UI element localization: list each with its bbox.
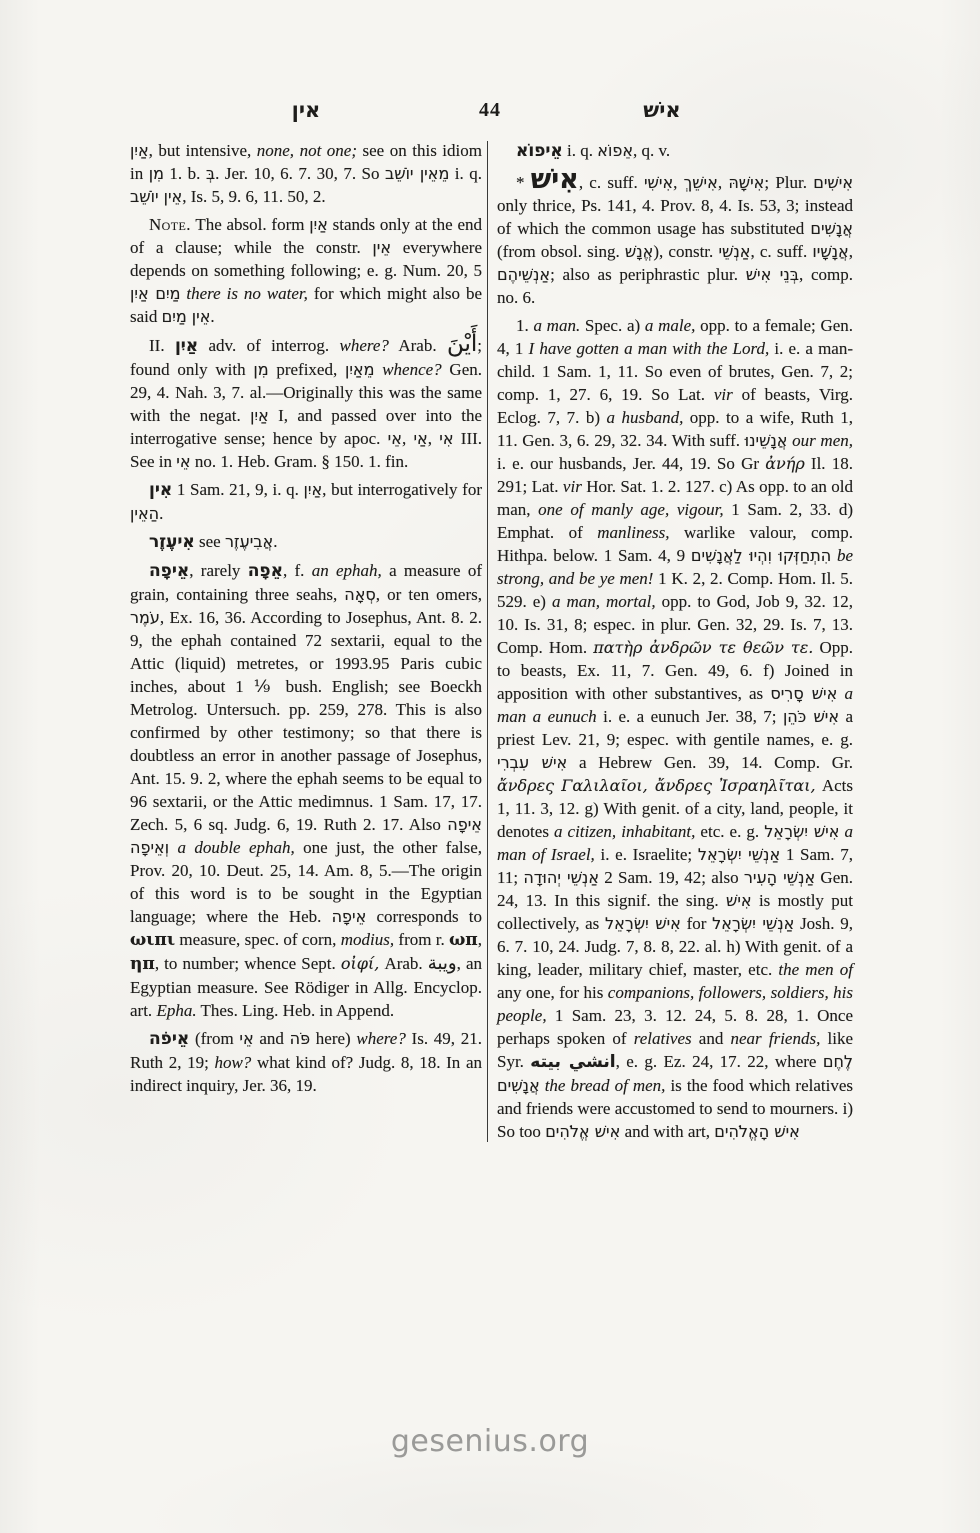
dictionary-paragraph: 1. a man. Spec. a) a male, opp. to a fem… xyxy=(497,314,853,1143)
dictionary-paragraph: * אִישׁ, c. suff. אִישִׁי, אִישֵׁךְ, אִי… xyxy=(497,168,853,309)
plain-text: 1. b. xyxy=(164,164,206,183)
hebrew-text: אִישׁ יִשְׂרָאֵל xyxy=(605,914,681,933)
text-columns: אַיִן, but intensive, none, not one; see… xyxy=(130,139,856,1148)
hebrew-text: סְאָה xyxy=(344,585,376,604)
italic-text: a double ephah, xyxy=(177,838,294,857)
hebrew-headword: אֵיפָה xyxy=(149,561,189,581)
hebrew-headword: אִיעֶזֶר xyxy=(149,532,195,552)
hebrew-text: מַיִם אַיִן xyxy=(130,284,180,303)
hebrew-headword: אֵיפֹה xyxy=(149,1029,189,1049)
hebrew-text: אִי xyxy=(439,429,453,448)
hebrew-text: אַנְשֵׁי יִשְׂרָאֵל xyxy=(698,845,780,864)
plain-text: 1. xyxy=(516,316,533,335)
plain-text: i. e. our husbands, Jer. 44, 19. So Gr xyxy=(497,454,765,473)
italic-text: a man, mortal, xyxy=(552,592,656,611)
hebrew-headword: אֵיפוֹא xyxy=(516,141,563,161)
plain-text: and xyxy=(692,1029,731,1048)
arabic-text: أَيْنَ xyxy=(447,331,477,357)
plain-text: , e. g. Ez. 24, 17. 22, where xyxy=(616,1052,823,1071)
hebrew-text: מִן xyxy=(149,164,164,183)
plain-text: a Hebrew Gen. 39, 14. Comp. Gr. xyxy=(567,753,853,772)
plain-text: (from xyxy=(189,1029,239,1048)
dictionary-paragraph: Note. The absol. form אַיִן stands only … xyxy=(130,213,482,328)
plain-text: . xyxy=(273,532,277,551)
dictionary-paragraph: אֵיפוֹא i. q. אֵפוֹא, q. v. xyxy=(497,139,853,163)
italic-text: the men of xyxy=(778,960,853,979)
hebrew-text: מֵאֵין יוֹשֵׁב xyxy=(385,164,449,183)
hebrew-text: בְּנֵי אִישׁ xyxy=(746,265,799,284)
italic-text: modius, xyxy=(341,930,394,949)
plain-text: here) xyxy=(310,1029,356,1048)
coptic-text: ηπ xyxy=(130,954,155,974)
plain-text: , xyxy=(402,429,414,448)
plain-text: , q. v. xyxy=(633,141,670,160)
plain-text: , but intensive, xyxy=(149,141,257,160)
plain-text: , xyxy=(718,173,728,192)
plain-text: only thrice, Ps. 141, 4. Prov. 8, 4. Is.… xyxy=(497,196,853,238)
plain-text: adv. of interrog. xyxy=(198,336,339,355)
italic-text: whence? xyxy=(382,360,441,379)
plain-text: Spec. a) xyxy=(580,316,645,335)
watermark: gesenius.org xyxy=(0,1424,980,1459)
hebrew-text: אֵפוֹא xyxy=(597,141,633,160)
hebrew-text: עֹמֶר xyxy=(130,608,160,627)
plain-text: , c. suff. xyxy=(750,242,812,261)
hebrew-text: מִן xyxy=(253,360,268,379)
hebrew-text: אַנְשֵׁי הָעִיר xyxy=(744,868,815,887)
right-column: אֵיפוֹא i. q. אֵפוֹא, q. v.* אִישׁ, c. s… xyxy=(492,139,853,1148)
dictionary-paragraph: אֵיפָה, rarely אֵפָה, f. an ephah, a mea… xyxy=(130,559,482,1022)
plain-text: . xyxy=(210,307,214,326)
italic-text: where? xyxy=(340,336,389,355)
hebrew-text: אִישֵׁךְ xyxy=(684,173,718,192)
hebrew-text: אֵי xyxy=(176,452,190,471)
hebrew-text: אֵיפָה xyxy=(332,907,367,926)
hebrew-text: אִישׁ יִשְׂרָאֵל xyxy=(764,822,839,841)
hebrew-text: בְּ xyxy=(206,164,215,183)
italic-text: the bread of men, xyxy=(545,1076,666,1095)
hebrew-text: אִישׁ הָאֱלֹהִים xyxy=(714,1122,800,1141)
plain-text: , or ten omers, xyxy=(376,585,482,604)
plain-text: and with art, xyxy=(620,1122,714,1141)
hebrew-text: אֲבִיעֶזֶר xyxy=(225,532,273,551)
plain-text: , but interrogatively for xyxy=(322,480,482,499)
plain-text: no. 1. Heb. Gram. § 150. 1. fin. xyxy=(191,452,409,471)
hebrew-text: אֲנָשֵׁינוּ xyxy=(745,431,788,450)
italic-text: a husband, xyxy=(606,408,683,427)
plain-text: , xyxy=(478,930,482,949)
hebrew-text: אִישָׁהּ xyxy=(728,173,764,192)
plain-text: Thes. Ling. Heb. in Append. xyxy=(197,1001,395,1020)
left-column: אַיִן, but intensive, none, not one; see… xyxy=(130,139,482,1148)
plain-text: i. q. xyxy=(449,164,482,183)
italic-text: how? xyxy=(214,1053,251,1072)
plain-text: i. e. a eunuch Jer. 38, 7; xyxy=(597,707,783,726)
plain-text: i. e. Israelite; xyxy=(595,845,698,864)
hebrew-text: אַי xyxy=(413,429,427,448)
plain-text: The absol. form xyxy=(191,215,309,234)
plain-text: prefixed, xyxy=(269,360,345,379)
italic-text: none, not one; xyxy=(257,141,357,160)
italic-text: near friends, xyxy=(731,1029,821,1048)
hebrew-text: אַנְשֵׁי xyxy=(718,242,750,261)
plain-text: , c. suff. xyxy=(579,173,644,192)
plain-text: . Jer. 10, 6. 7. 30, 7. So xyxy=(215,164,385,183)
hebrew-text: אַנְשֵׁי יִשְׂרָאֵל xyxy=(712,914,794,933)
hebrew-text: אֵי xyxy=(388,429,402,448)
plain-text: , rarely xyxy=(189,561,247,580)
italic-text: where? xyxy=(356,1029,405,1048)
syriac-text: انشي بيته xyxy=(530,1052,615,1072)
italic-text: vir xyxy=(563,477,582,496)
greek-text: πατὴρ ἀνδρῶν τε θεῶν τε. xyxy=(593,638,813,657)
plain-text: , Ex. 16, 36. According to Josephus, Ant… xyxy=(130,608,482,834)
plain-text: for xyxy=(681,914,712,933)
hebrew-text: אֲנָשִׁים xyxy=(810,219,853,238)
plain-text: measure, spec. of corn, xyxy=(175,930,341,949)
running-head-left-keyword: אין xyxy=(130,96,482,124)
hebrew-text: אֵי xyxy=(239,1029,253,1048)
hebrew-text: אִישִׁי xyxy=(644,173,673,192)
plain-text xyxy=(837,684,844,703)
plain-text: ; also as periphrastic plur. xyxy=(550,265,746,284)
running-head-right-keyword: אישׁ xyxy=(497,96,827,124)
italic-text: I have gotten a man with the Lord, xyxy=(529,339,770,358)
plain-text: , Is. 5, 9. 6, 11. 50, 2. xyxy=(182,187,325,206)
plain-text: Arab. xyxy=(389,336,447,355)
hebrew-text: אִישׁ עִבְרִי xyxy=(497,753,567,772)
hebrew-text: אִישׁ סָרִיס xyxy=(770,684,837,703)
plain-text: ), constr. xyxy=(653,242,718,261)
hebrew-text: אַיִן xyxy=(309,215,328,234)
greek-text: οἰφί, xyxy=(341,954,379,973)
italic-text: one of manly age, vigour, xyxy=(538,500,723,519)
plain-text: * xyxy=(516,173,531,192)
plain-text: corresponds to xyxy=(366,907,482,926)
hebrew-text: אַנְשֵׁיהֶם xyxy=(497,265,550,284)
italic-text: a man. xyxy=(533,316,580,335)
hebrew-text: אַיִן xyxy=(250,406,269,425)
hebrew-text: אִישׁ xyxy=(726,891,752,910)
dictionary-paragraph: אִיעֶזֶר see אֲבִיעֶזֶר. xyxy=(130,530,482,554)
hebrew-text: הַאֵין xyxy=(130,504,159,523)
italic-text: a citizen, inhabitant, xyxy=(554,822,695,841)
plain-text: etc. e. g. xyxy=(695,822,764,841)
italic-text: a male, xyxy=(645,316,696,335)
italic-text: our men, xyxy=(792,431,853,450)
hebrew-text: אֵין יוֹשֵׁב xyxy=(130,187,182,206)
plain-text: 2 Sam. 19, 42; also xyxy=(599,868,744,887)
plain-text: 1 Sam. 21, 9, i. q. xyxy=(172,480,303,499)
plain-text: ; Plur. xyxy=(764,173,813,192)
plain-text: Arab. xyxy=(379,954,427,973)
italic-text: there is no water, xyxy=(186,284,308,303)
hebrew-headword-large: אִישׁ xyxy=(531,164,579,195)
plain-text: from r. xyxy=(394,930,449,949)
italic-text: Epha. xyxy=(156,1001,196,1020)
hebrew-headword: אִין xyxy=(149,480,172,500)
plain-text: any one, for his xyxy=(497,983,608,1002)
italic-text: manliness, xyxy=(597,523,669,542)
hebrew-text: אַנְשֵׁי יְהוּדָה xyxy=(523,868,599,887)
coptic-text: ωπ xyxy=(449,930,478,950)
plain-text: , xyxy=(849,242,853,261)
greek-text: ἄνδρες Γαλιλαῖοι, ἄνδρες Ἰσραηλῖται, xyxy=(497,776,816,795)
italic-text: vir xyxy=(714,385,733,404)
hebrew-text: אִישׁ אֱלֹהִים xyxy=(545,1122,620,1141)
hebrew-text: מֵאַיִן xyxy=(345,360,375,379)
plain-text: and xyxy=(254,1029,290,1048)
italic-text: relatives xyxy=(634,1029,692,1048)
hebrew-text: פֹּה xyxy=(290,1029,310,1048)
hebrew-text: אִישִׁים xyxy=(813,173,853,192)
dictionary-paragraph: אַיִן, but intensive, none, not one; see… xyxy=(130,139,482,208)
hebrew-headword: אֵפָה xyxy=(248,561,283,581)
coptic-text: ωιπι xyxy=(130,930,175,950)
smallcaps-note-label: Note. xyxy=(149,215,191,234)
italic-text: an ephah, xyxy=(312,561,382,580)
plain-text: , to number; whence Sept. xyxy=(155,954,341,973)
arabic-text: ويبة xyxy=(428,953,457,974)
hebrew-text: אַיִן xyxy=(304,480,323,499)
hebrew-text: אֲנָשָׁיו xyxy=(812,242,848,261)
greek-text: ἀνήρ xyxy=(765,454,805,473)
plain-text: see xyxy=(195,532,225,551)
hebrew-text: אֵין מַיִם xyxy=(162,307,211,326)
scanned-lexicon-page: אין 44 אישׁ אַיִן, but intensive, none, … xyxy=(0,0,980,1533)
plain-text: II. xyxy=(149,336,175,355)
plain-text: , f. xyxy=(283,561,312,580)
hebrew-headword: אַיִן xyxy=(175,336,198,356)
plain-text: i. q. xyxy=(563,141,597,160)
hebrew-text: אַיִן xyxy=(130,141,149,160)
dictionary-paragraph: אִין 1 Sam. 21, 9, i. q. אַיִן, but inte… xyxy=(130,478,482,525)
column-divider-rule xyxy=(487,141,488,1142)
dictionary-paragraph: II. אַיִן adv. of interrog. where? Arab.… xyxy=(130,333,482,473)
hebrew-text: אֱנָשׁ xyxy=(625,242,653,261)
plain-text: . xyxy=(159,504,163,523)
plain-text: , xyxy=(673,173,683,192)
hebrew-text: אֵין xyxy=(372,238,391,257)
dictionary-paragraph: אֵיפֹה (from אֵי and פֹּה here) where? I… xyxy=(130,1027,482,1097)
hebrew-text: אִישׁ כֹּהֵן xyxy=(783,707,839,726)
hebrew-text: הִתְחַזְּקוּ וִהְיוּ לַאֲנָשִׁים xyxy=(691,546,831,565)
plain-text: , xyxy=(428,429,440,448)
plain-text: (from obsol. sing. xyxy=(497,242,625,261)
